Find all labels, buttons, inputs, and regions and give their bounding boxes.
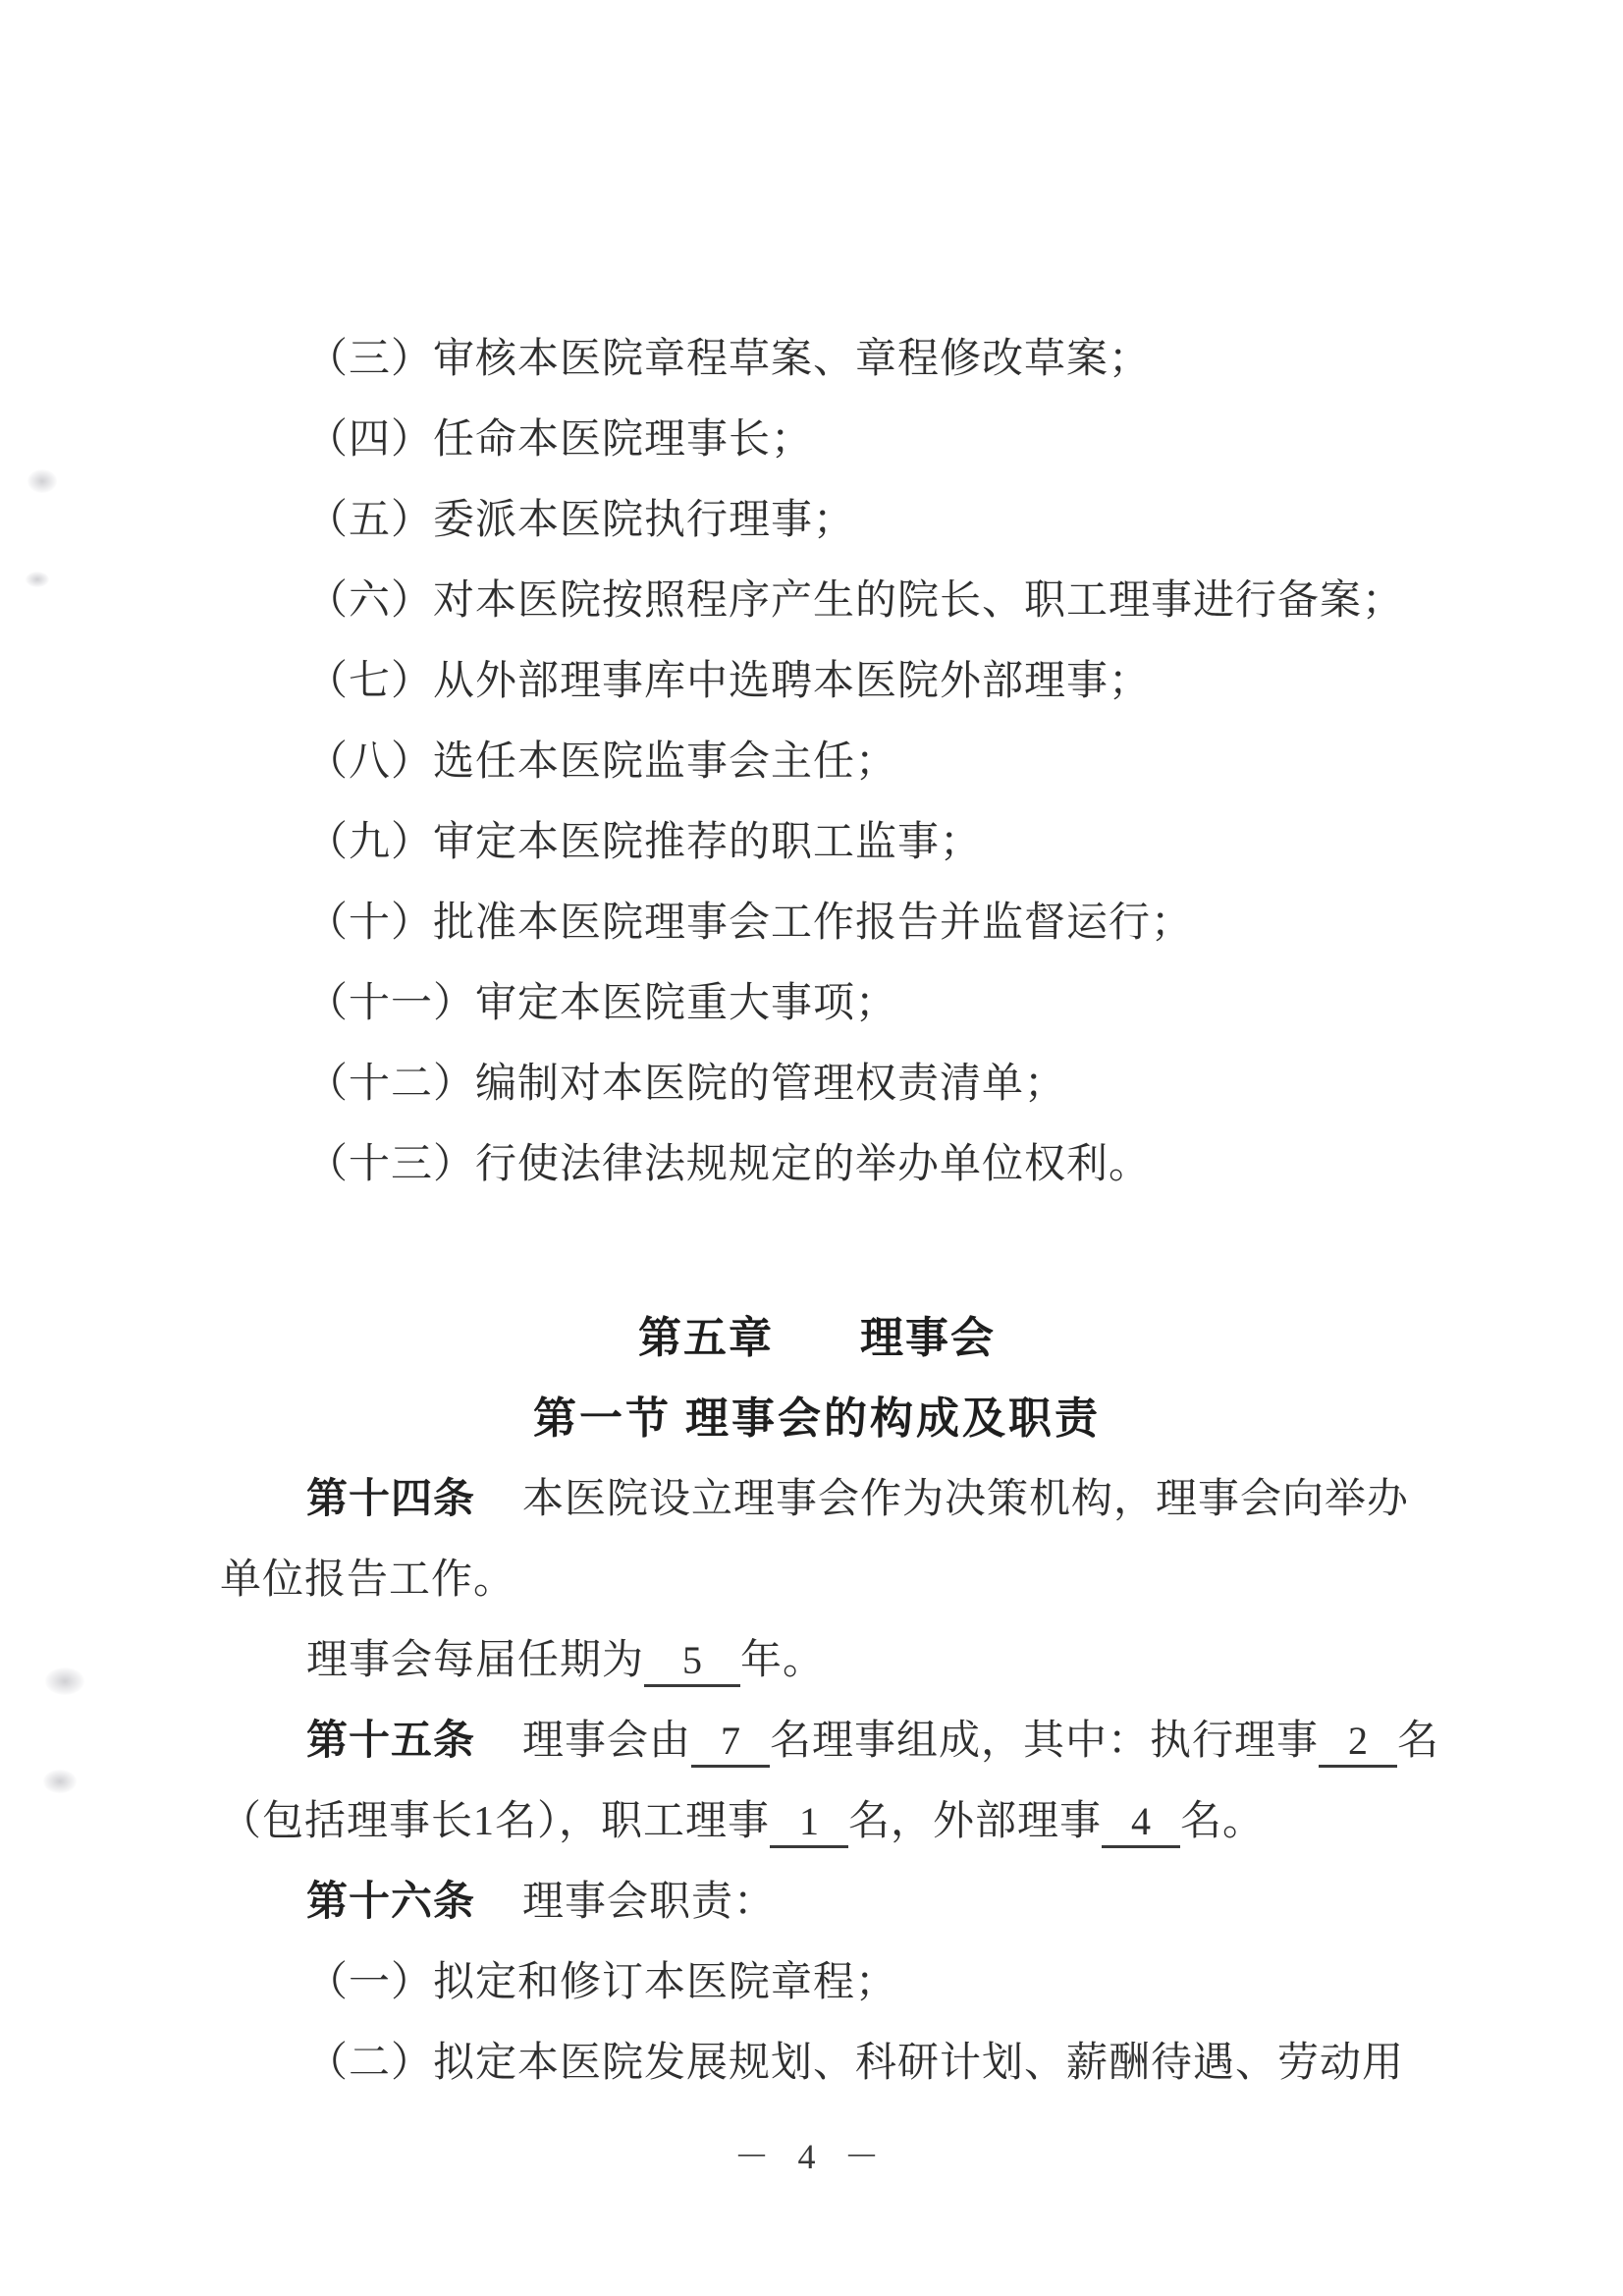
list-item-7: （七）从外部理事库中选聘本医院外部理事； [220,641,1414,722]
article-15-text: 名理事组成，其中：执行理事 [770,1719,1319,1764]
scan-smudge [43,1770,77,1793]
article-16-line: 第十六条理事会职责： [220,1862,1414,1942]
article-14-line-1: 第十四条本医院设立理事会作为决策机构，理事会向举办 [220,1459,1414,1540]
sub-list-item-2: （二）拟定本医院发展规划、科研计划、薪酬待遇、劳动用 [220,2023,1414,2104]
article-15-text: 理事会由 [522,1719,691,1764]
executive-directors-blank: 2 [1319,1721,1397,1768]
list-item-3: （三）审核本医院章程草案、章程修改草案； [220,319,1414,400]
article-16-text: 理事会职责： [522,1880,776,1925]
article-14-line-2: 单位报告工作。 [220,1540,1414,1620]
chapter-title: 理事会 [860,1314,996,1362]
list-item-6: （六）对本医院按照程序产生的院长、职工理事进行备案； [220,561,1414,641]
chapter-number: 第五章 [638,1314,774,1362]
term-suffix: 年。 [740,1638,825,1683]
article-15-line-2: （包括理事长1名），职工理事1名，外部理事4名。 [220,1781,1414,1862]
list-item-10: （十）批准本医院理事会工作报告并监督运行； [220,883,1414,963]
scan-smudge [27,469,57,493]
list-item-5: （五）委派本医院执行理事； [220,480,1414,561]
article-16-label: 第十六条 [306,1880,475,1925]
section-heading: 第一节 理事会的构成及职责 [220,1379,1414,1459]
article-15-text: 名 [1397,1719,1439,1764]
document-content: （三）审核本医院章程草案、章程修改草案； （四）任命本医院理事长； （五）委派本… [220,319,1414,2104]
scan-smudge [26,572,49,587]
article-14-text: 本医院设立理事会作为决策机构，理事会向举办 [522,1477,1409,1522]
article-14-label: 第十四条 [306,1477,475,1522]
external-directors-blank: 4 [1102,1801,1180,1848]
term-line: 理事会每届任期为5年。 [220,1620,1414,1701]
total-directors-blank: 7 [691,1721,770,1768]
staff-directors-blank: 1 [770,1801,848,1848]
list-item-12: （十二）编制对本医院的管理权责清单； [220,1044,1414,1124]
list-item-9: （九）审定本医院推荐的职工监事； [220,802,1414,883]
article-15-label: 第十五条 [306,1719,475,1764]
scan-smudge [45,1667,84,1695]
sub-list-item-1: （一）拟定和修订本医院章程； [220,1942,1414,2023]
list-item-4: （四）任命本医院理事长； [220,400,1414,480]
page-number: － 4 － [0,2129,1623,2179]
list-item-13: （十三）行使法律法规规定的举办单位权利。 [220,1124,1414,1205]
term-years-blank: 5 [644,1640,740,1687]
article-15-text: 名。 [1180,1799,1265,1844]
list-item-11: （十一）审定本医院重大事项； [220,963,1414,1044]
document-page: （三）审核本医院章程草案、章程修改草案； （四）任命本医院理事长； （五）委派本… [0,0,1623,2296]
article-15-text: （包括理事长1名），职工理事 [220,1799,770,1844]
article-15-line-1: 第十五条理事会由7名理事组成，其中：执行理事2名 [220,1701,1414,1781]
chapter-heading: 第五章理事会 [220,1298,1414,1379]
list-item-8: （八）选任本医院监事会主任； [220,722,1414,802]
article-15-text: 名，外部理事 [848,1799,1102,1844]
term-prefix: 理事会每届任期为 [306,1638,644,1683]
